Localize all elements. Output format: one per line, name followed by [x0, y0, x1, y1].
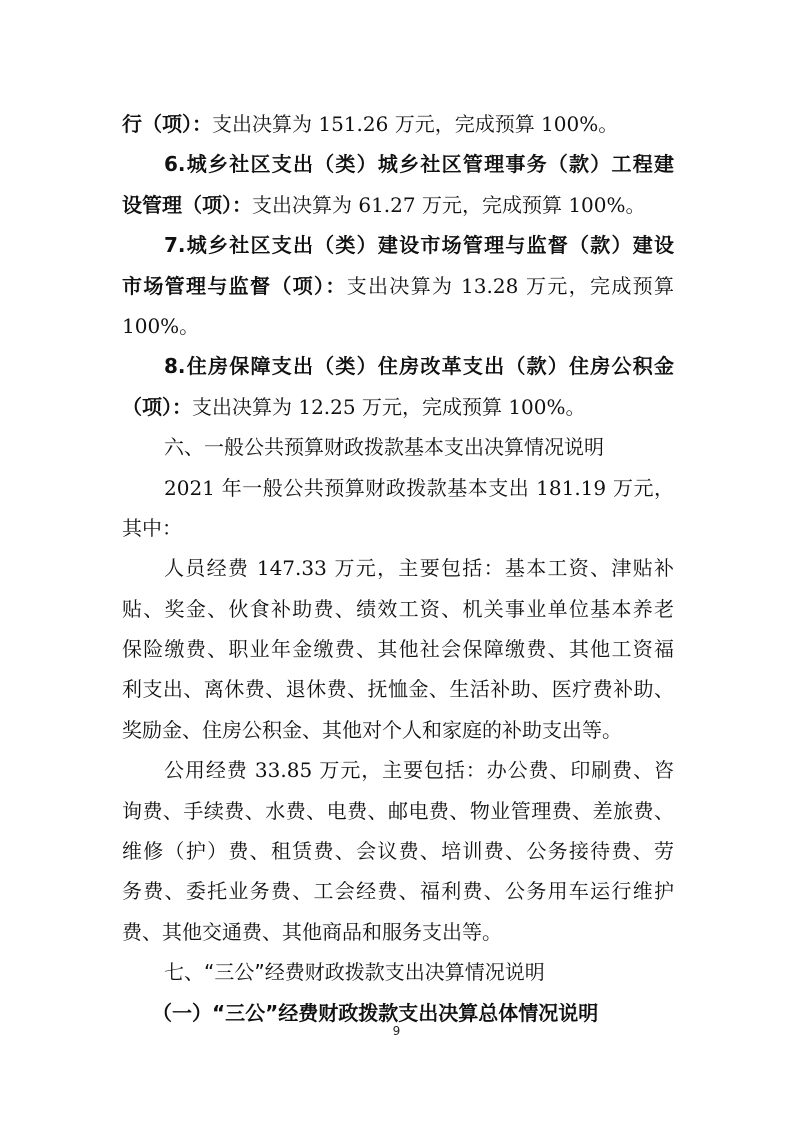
- item-6-label-tail: 设管理（项）：: [122, 193, 252, 217]
- item-8-label-tail: （项）：: [122, 395, 192, 419]
- item-6-line-1: 6.城乡社区支出（类）城乡社区管理事务（款）工程建: [122, 144, 674, 184]
- public-line-4: 务费、委托业务费、工会经费、福利费、公务用车运行维护: [122, 871, 674, 911]
- public-line-5: 费、其他交通费、其他商品和服务支出等。: [122, 912, 674, 952]
- item-5-amount: 支出决算为 151.26 万元，完成预算 100%。: [212, 112, 618, 136]
- section-6-summary-line-2: 其中：: [122, 508, 674, 548]
- personnel-line-5: 奖励金、住房公积金、其他对个人和家庭的补助支出等。: [122, 710, 674, 750]
- item-8-label: 8.住房保障支出（类）住房改革支出（款）住房公积金: [164, 354, 674, 378]
- item-7-amount-tail: 100%。: [122, 314, 199, 338]
- item-8-line-1: 8.住房保障支出（类）住房改革支出（款）住房公积金: [122, 346, 674, 386]
- item-7-label: 7.城乡社区支出（类）建设市场管理与监督（款）建设: [164, 233, 674, 257]
- section-7-heading: 七、“三公”经费财政拨款支出决算情况说明: [122, 952, 674, 992]
- item-5-line-2: 行（项）：支出决算为 151.26 万元，完成预算 100%。: [122, 104, 674, 144]
- personnel-line-2: 贴、奖金、伙食补助费、绩效工资、机关事业单位基本养老: [122, 589, 674, 629]
- personnel-line-4: 利支出、离休费、退休费、抚恤金、生活补助、医疗费补助、: [122, 669, 674, 709]
- public-line-1: 公用经费 33.85 万元，主要包括：办公费、印刷费、咨: [122, 750, 674, 790]
- section-6-heading: 六、一般公共预算财政拨款基本支出决算情况说明: [122, 427, 674, 467]
- section-6-summary-line-1: 2021 年一般公共预算财政拨款基本支出 181.19 万元，: [122, 468, 674, 508]
- item-6-amount: 支出决算为 61.27 万元，完成预算 100%。: [252, 193, 646, 217]
- page-number: 9: [0, 1024, 793, 1038]
- item-7-amount: 支出决算为 13.28 万元，完成预算: [347, 274, 674, 298]
- item-7-label-tail: 市场管理与监督（项）：: [122, 274, 347, 298]
- personnel-line-3: 保险缴费、职业年金缴费、其他社会保障缴费、其他工资福: [122, 629, 674, 669]
- item-7-line-3: 100%。: [122, 306, 674, 346]
- document-page: 行（项）：支出决算为 151.26 万元，完成预算 100%。 6.城乡社区支出…: [122, 104, 674, 1033]
- item-8-amount: 支出决算为 12.25 万元，完成预算 100%。: [192, 395, 586, 419]
- item-8-line-2: （项）：支出决算为 12.25 万元，完成预算 100%。: [122, 387, 674, 427]
- item-7-line-1: 7.城乡社区支出（类）建设市场管理与监督（款）建设: [122, 225, 674, 265]
- public-line-2: 询费、手续费、水费、电费、邮电费、物业管理费、差旅费、: [122, 791, 674, 831]
- personnel-line-1: 人员经费 147.33 万元，主要包括：基本工资、津贴补: [122, 548, 674, 588]
- item-6-line-2: 设管理（项）：支出决算为 61.27 万元，完成预算 100%。: [122, 185, 674, 225]
- public-line-3: 维修（护）费、租赁费、会议费、培训费、公务接待费、劳: [122, 831, 674, 871]
- item-6-label: 6.城乡社区支出（类）城乡社区管理事务（款）工程建: [164, 152, 674, 176]
- item-7-line-2: 市场管理与监督（项）：支出决算为 13.28 万元，完成预算: [122, 266, 674, 306]
- item-5-label-tail: 行（项）：: [122, 112, 212, 136]
